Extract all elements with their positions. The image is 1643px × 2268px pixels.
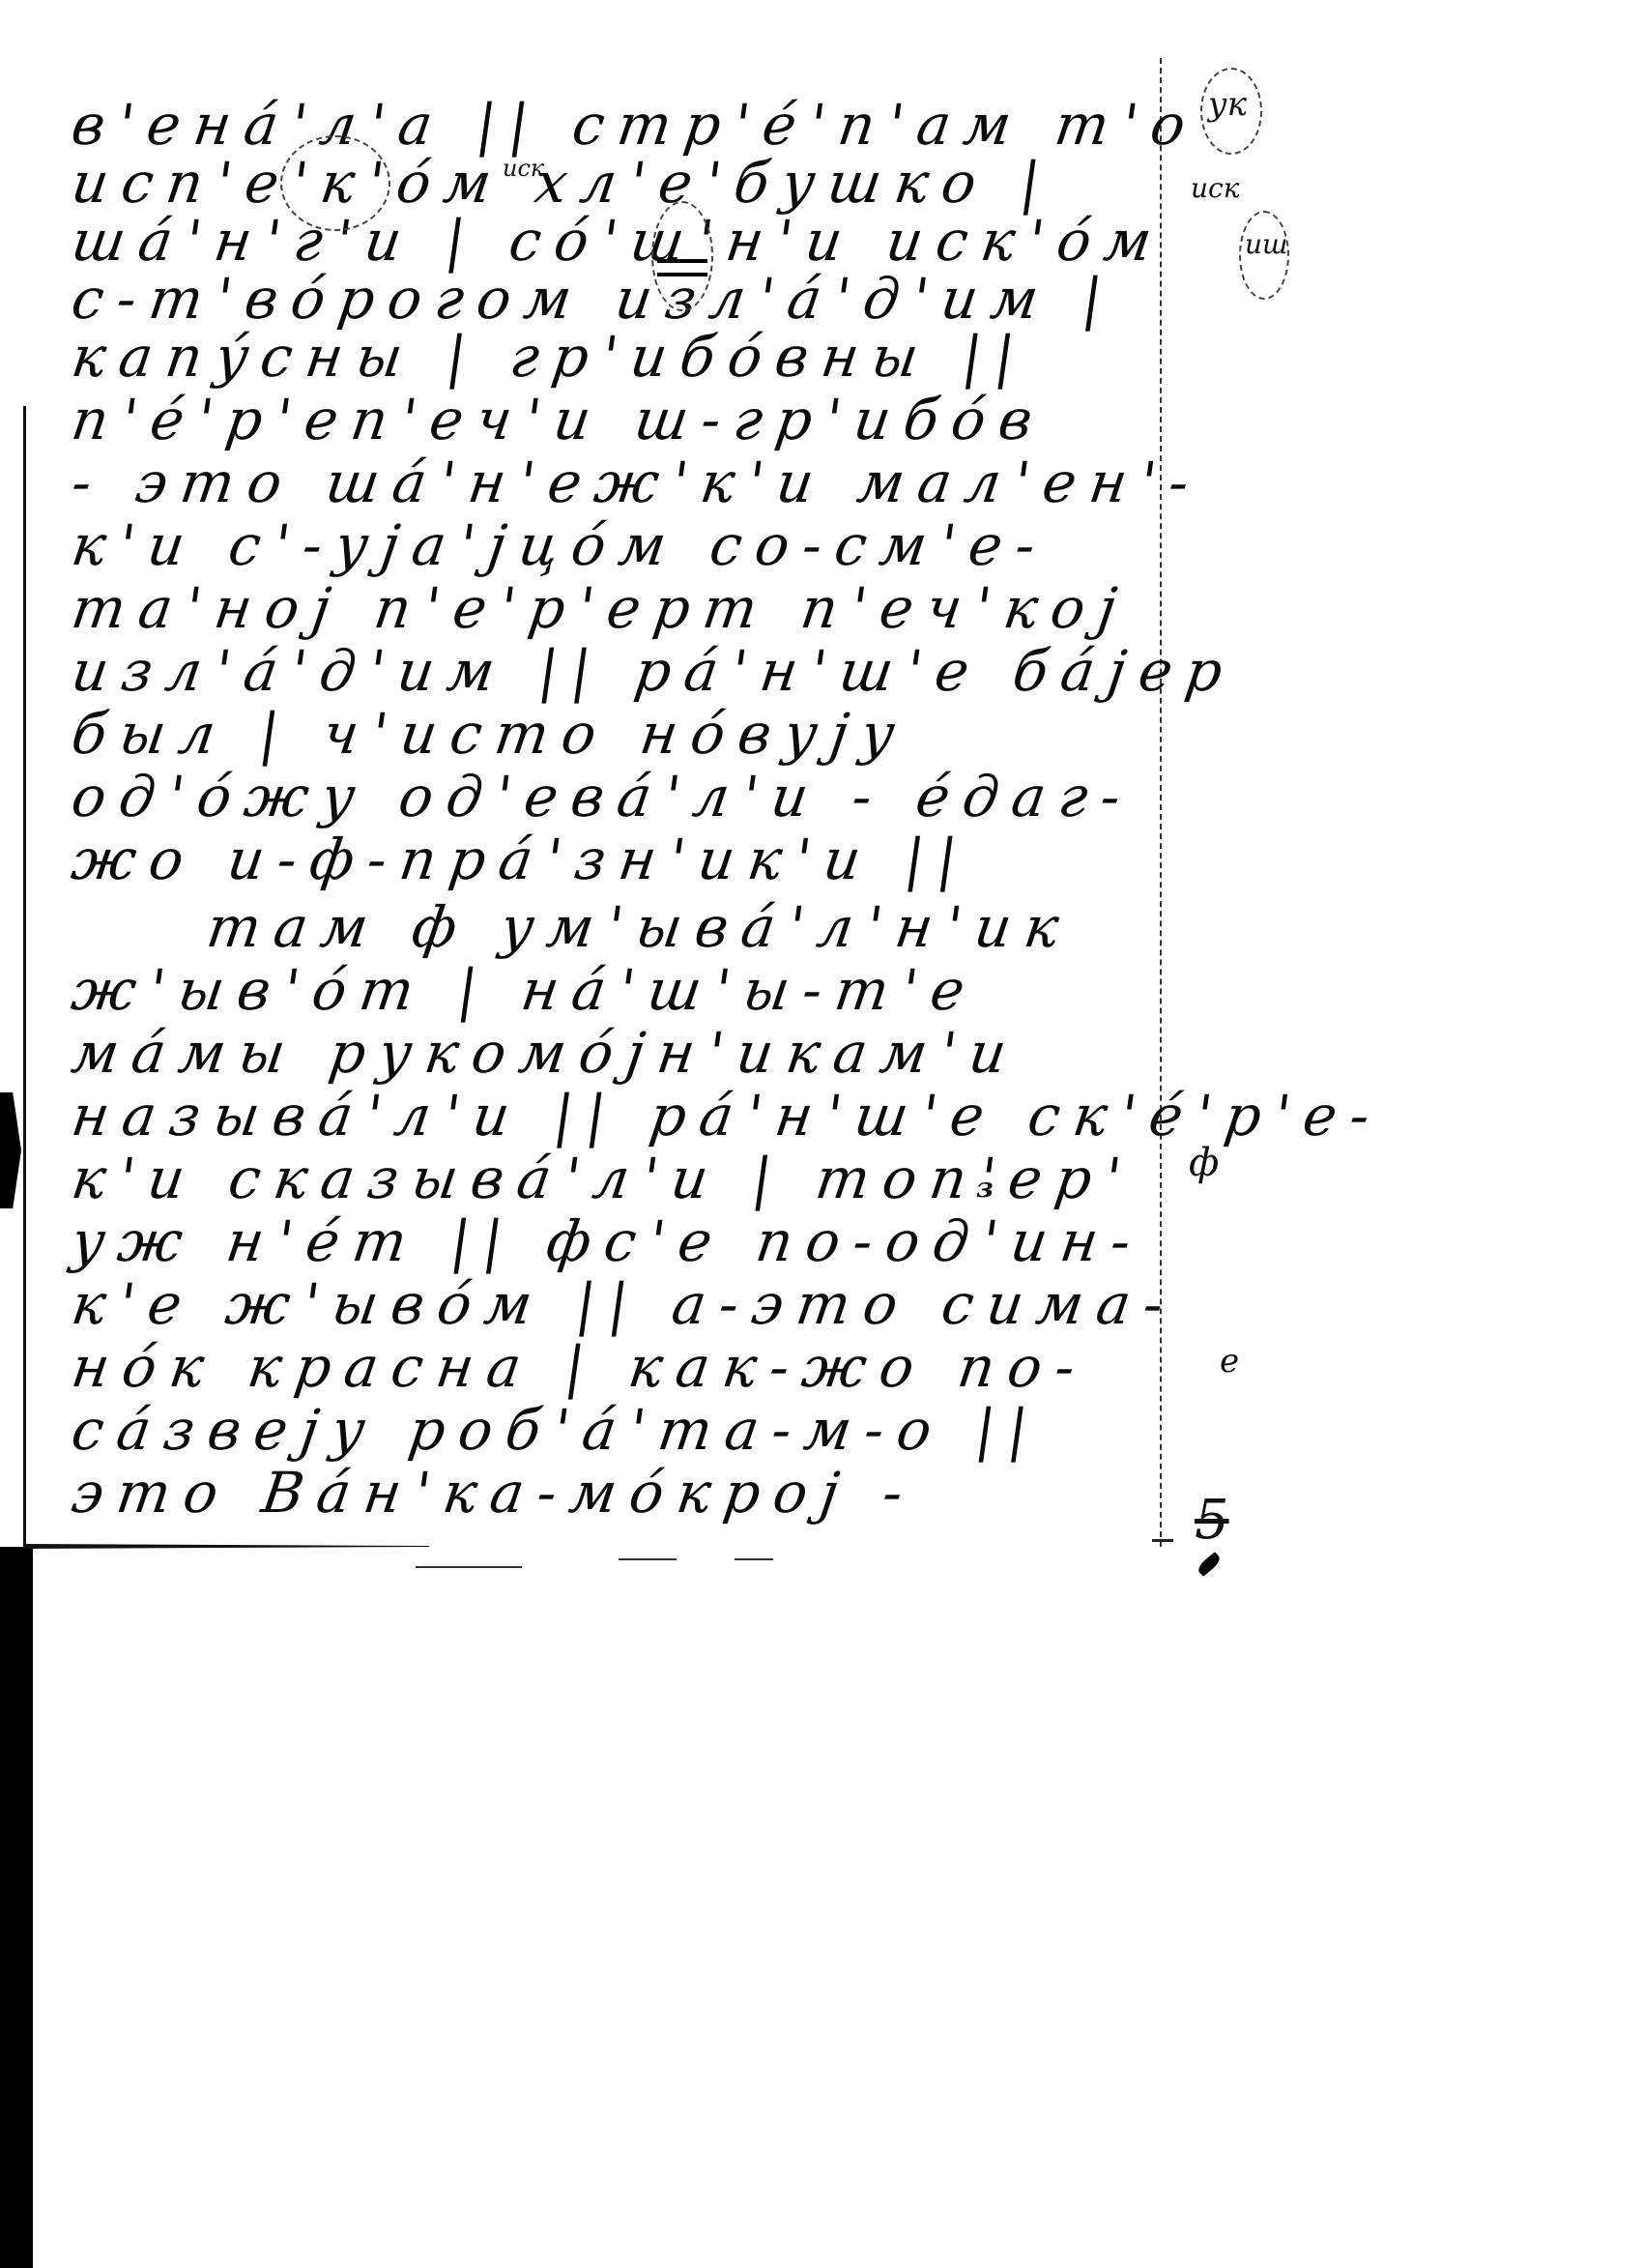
text-line: капýсны | гр'ибóвны ||: [68, 324, 1032, 390]
scanned-page: в'енá'л'а || стр'é'п'ам т'о исп'е'к'óм х…: [0, 0, 1643, 2268]
annotation-circle: [651, 201, 713, 311]
text-line: изл'á'д'им || рá'н'ш'е бáјер: [68, 638, 1240, 704]
text-line: к'е ж'ывóм || а-это сима-: [68, 1271, 1181, 1337]
text-line: - это шá'н'еж'к'и мал'ен'-: [68, 450, 1206, 515]
margin-note: иш: [1245, 228, 1288, 260]
text-line: исп'е'к'óм хл'е'бушко |: [68, 150, 1057, 216]
right-rule-foot: [1152, 1539, 1173, 1542]
text-line: был | ч'исто нóвују: [68, 701, 912, 767]
text-line: п'é'р'еп'еч'и ш-гр'ибóв: [68, 387, 1050, 452]
scan-speck: [416, 1566, 522, 1568]
text-line: мáмы рукомóјн'икам'и: [68, 1020, 1023, 1086]
margin-note: иск: [1191, 172, 1239, 204]
double-underline: [657, 259, 707, 263]
ink-blot: [1196, 1552, 1223, 1577]
text-line: с-т'вóрогом изл'á'д'им |: [68, 266, 1120, 332]
left-margin-rule: [23, 406, 26, 1556]
bottom-margin-rule: [23, 1544, 429, 1549]
double-underline: [657, 273, 707, 276]
text-line: нóк красна | как-жо по-: [68, 1334, 1092, 1400]
text-line: од'óжу од'евá'л'и - éдаг-: [68, 764, 1139, 829]
text-line: та'ној п'е'р'ерт п'еч'кој: [68, 575, 1134, 641]
annotation-circle: [280, 135, 390, 231]
margin-note: иск: [503, 155, 544, 182]
margin-note: е: [1220, 1342, 1239, 1381]
text-line: в'енá'л'а || стр'é'п'ам т'о: [68, 92, 1203, 158]
text-line: это Вáн'ка-мóкрој -: [68, 1460, 920, 1526]
scan-edge-shadow-bottom: [0, 1547, 33, 2268]
text-line: уж н'éт || фс'е по-од'ин-: [68, 1208, 1148, 1274]
margin-note: ук: [1208, 85, 1247, 124]
margin-note: ф: [1189, 1141, 1219, 1185]
text-line: назывá'л'и || рá'н'ш'е ск'é'р'е-: [68, 1083, 1387, 1149]
margin-note: з: [976, 1172, 994, 1204]
scan-speck: [619, 1558, 677, 1560]
text-line: к'и с'-уја'јцóм со-см'е-: [68, 512, 1052, 578]
text-line: жо и-ф-прá'зн'ик'и ||: [68, 827, 974, 892]
text-line-paragraph-start: там ф ум'ывá'л'н'ик: [68, 894, 1077, 960]
text-line: ж'ыв'óт | нá'ш'ы-т'е: [68, 957, 982, 1023]
scan-edge-shadow: [0, 1092, 21, 1208]
page-number: 5: [1195, 1489, 1229, 1552]
text-line: сáзвеју роб'á'та-м-о ||: [68, 1397, 1046, 1463]
scan-speck: [735, 1558, 773, 1560]
text-line: шá'н'г'и | сó'ш'н'и иск'óм: [68, 208, 1169, 274]
